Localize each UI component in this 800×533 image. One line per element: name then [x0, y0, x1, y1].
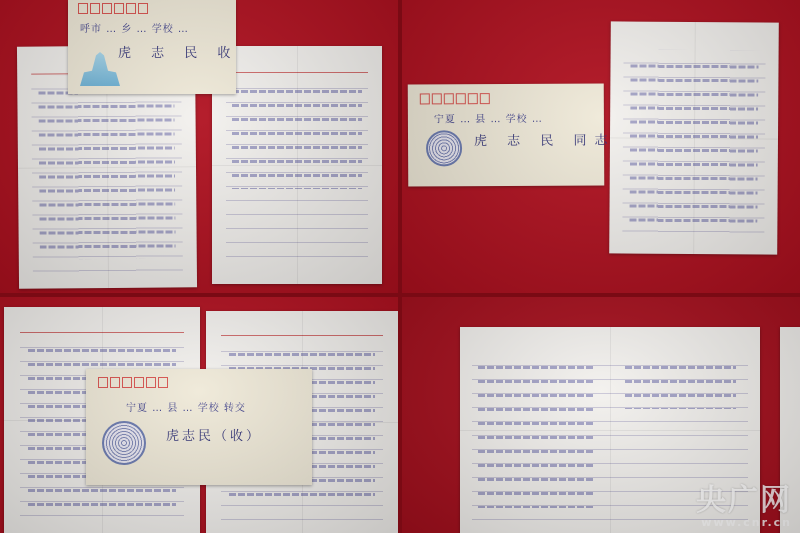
envelope-address: 呼市 … 乡 … 学校 … [80, 20, 189, 35]
envelope: 宁夏 … 县 … 学校 … 虎 志 民 同志 收 [408, 83, 605, 186]
stamp-emblem [102, 421, 146, 465]
watermark: 央广网 www.cnr.cn [696, 486, 792, 529]
photo-panel-top-right: 宁夏 … 县 … 学校 … 虎 志 民 同志 收 [402, 0, 800, 293]
stamp-emblem [426, 130, 462, 166]
envelope-recipient: 虎志民（收） [166, 425, 262, 444]
envelope-address: 宁夏 … 县 … 学校 … [434, 110, 543, 126]
letter-page [212, 46, 382, 284]
letter-page [609, 21, 779, 254]
photo-panel-bottom-left: 宁夏 … 县 … 学校 转交 虎志民（收） [0, 297, 398, 533]
envelope-recipient: 虎 志 民 收 [118, 42, 238, 61]
envelope-address: 宁夏 … 县 … 学校 转交 [126, 399, 246, 414]
photo-panel-bottom-right: 央广网 www.cnr.cn [402, 297, 800, 533]
photo-panel-top-left: 呼市 … 乡 … 学校 … 虎 志 民 收 [0, 0, 398, 293]
watermark-logo: 央广网 [696, 486, 792, 516]
envelope: 宁夏 … 县 … 学校 转交 虎志民（收） [86, 369, 312, 485]
envelope: 呼市 … 乡 … 学校 … 虎 志 民 收 [68, 0, 236, 94]
watermark-url: www.cnr.cn [696, 516, 792, 529]
pagoda-illustration [80, 52, 120, 86]
